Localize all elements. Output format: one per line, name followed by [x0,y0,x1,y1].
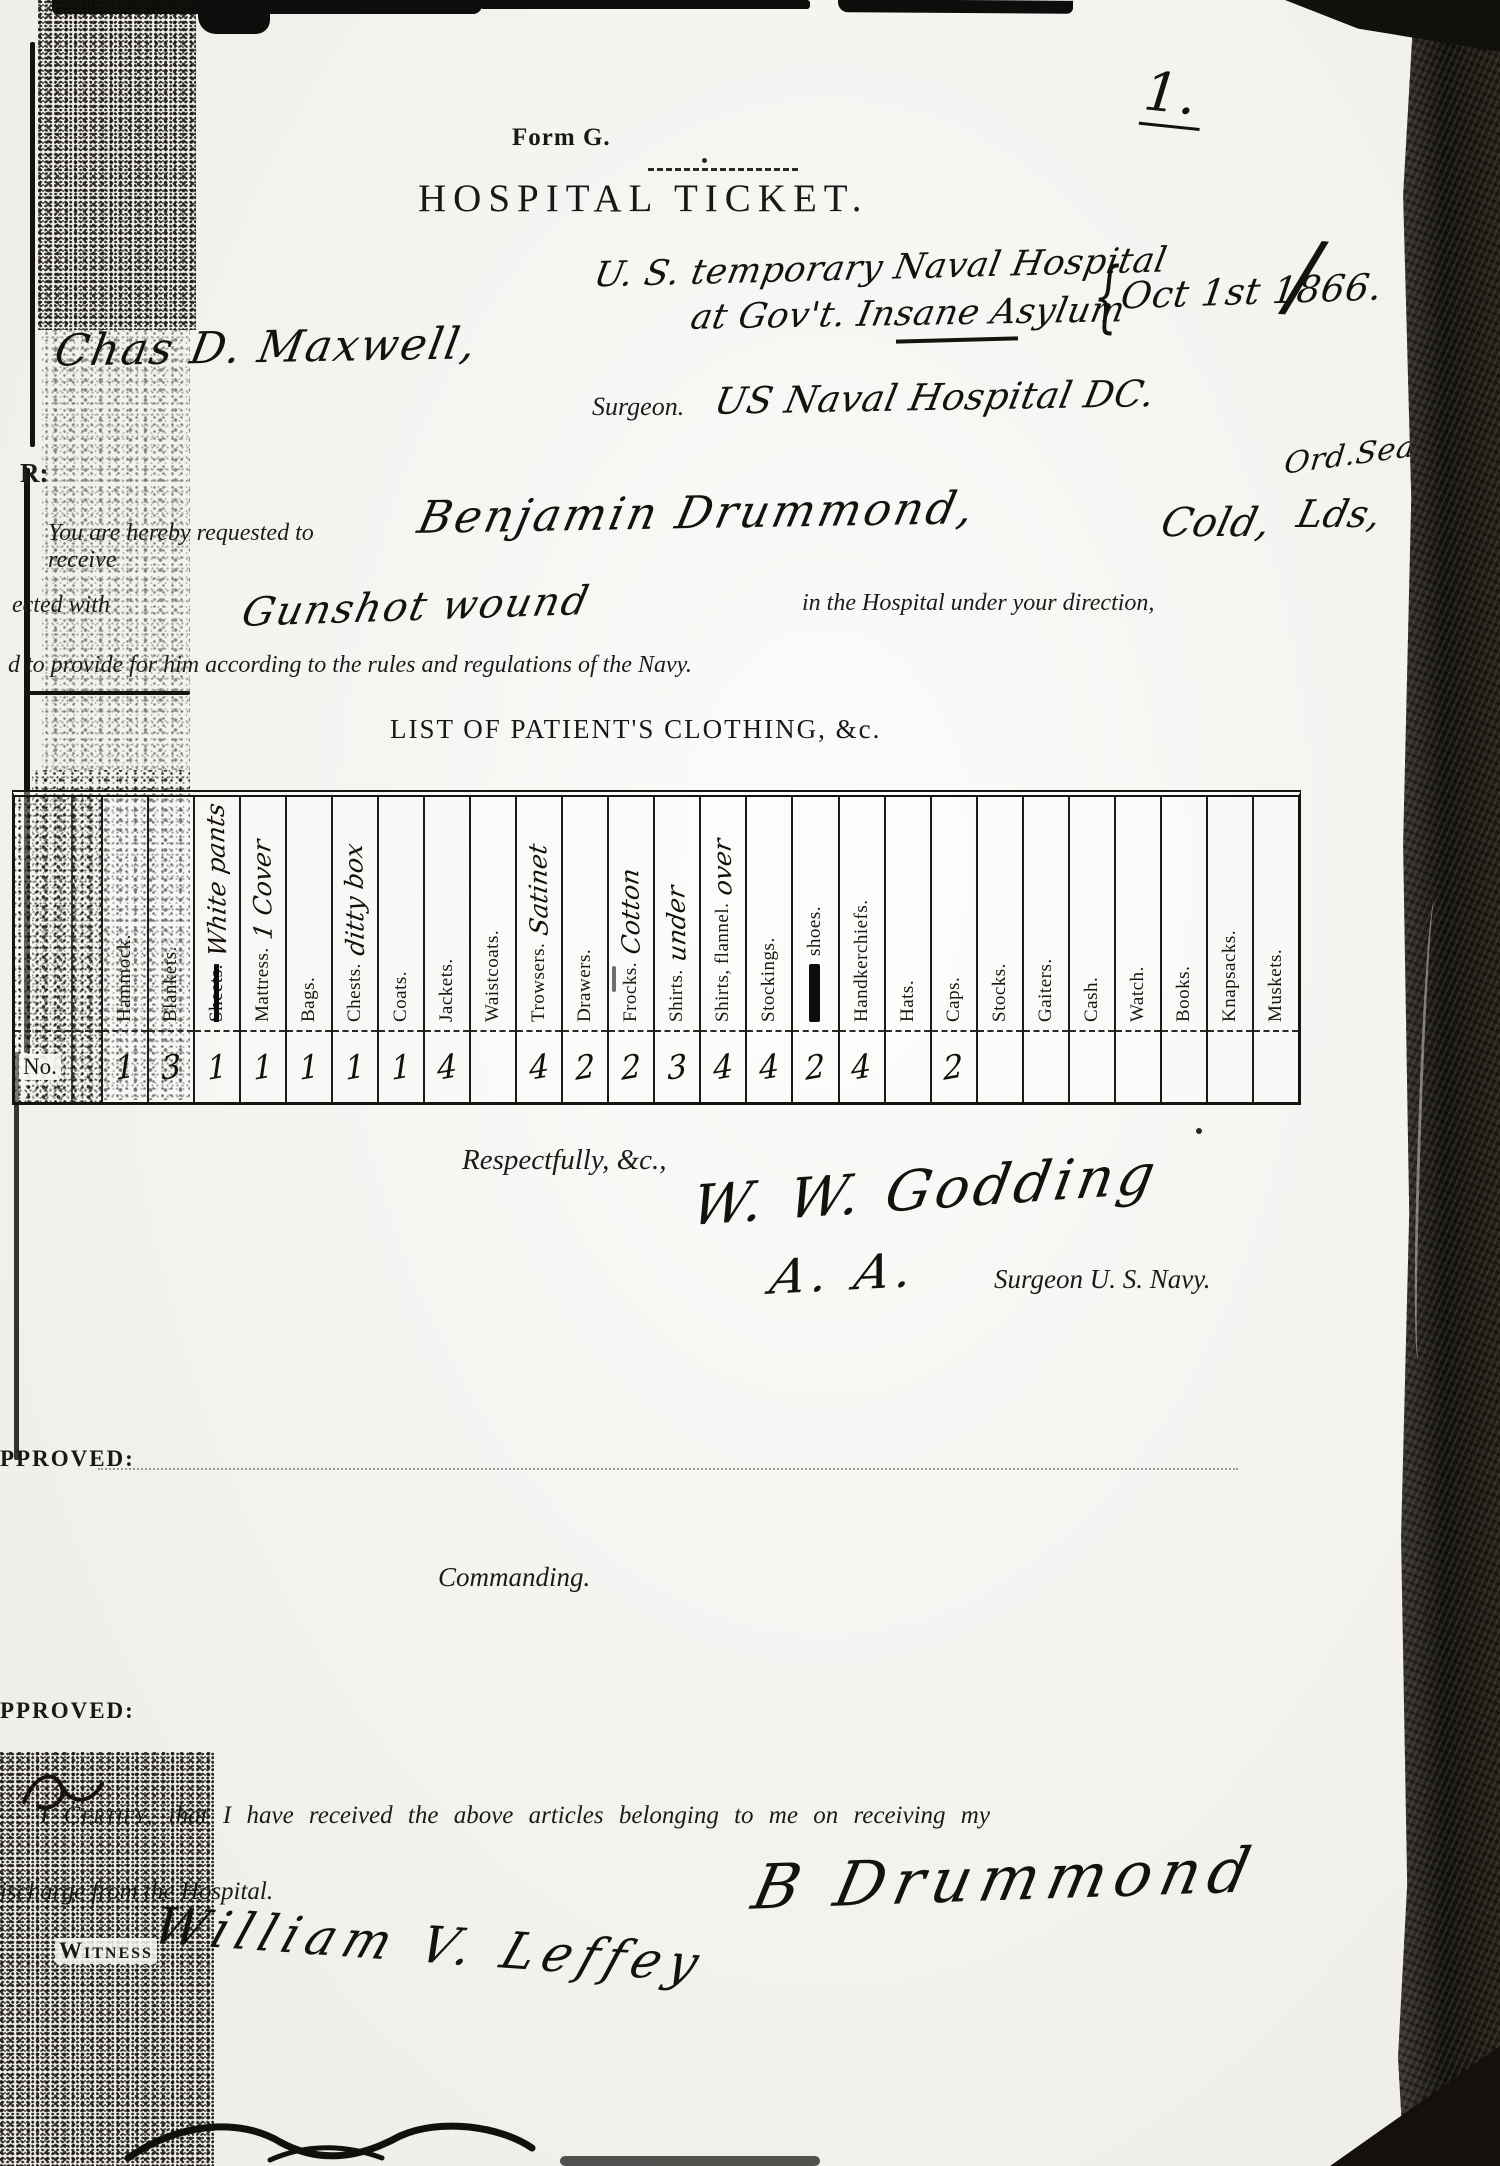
column-header-rotated: shoes. [802,692,827,1022]
column-value-cell: 1 [287,1030,331,1102]
diagnosis: Gunshot wound [238,578,595,636]
certify-word: Certify, [64,1802,154,1829]
column-label: Trowsers. [528,943,550,1022]
column-header-rotated: Chests.ditty box [342,692,367,1022]
approved-rule-line [98,1468,1238,1470]
column-label: Hammock. [114,934,136,1022]
column-label: Cash. [1080,977,1102,1022]
column-value: 3 [160,1046,181,1088]
clothing-column-17: Handkerchiefs.4 [840,797,886,1102]
column-header-rotated: Cash. [1079,692,1104,1022]
column-value-cell [978,1030,1022,1102]
clothing-column-20: Stocks. [978,797,1024,1102]
column-annotation: Cotton [616,866,646,956]
column-label: Frocks. [620,962,642,1022]
signature-prefix: A. A. [766,1242,924,1306]
institution-line2: at Gov't. Insane Asylum [687,290,1128,338]
column-value-cell: 2 [932,1030,976,1102]
column-value-cell: 3 [149,1030,193,1102]
column-annotation: ditty box [339,841,370,957]
column-value: 1 [391,1046,412,1088]
provide-line: d to provide for him according to the ru… [8,652,692,679]
addressee-name: Chas D. Maxwell, [51,318,482,376]
left-margin-noise-top [38,0,196,330]
patient-rate-lower: Lds, [1293,492,1386,536]
column-label: Knapsacks. [1218,930,1240,1022]
column-value-cell: 1 [333,1030,377,1102]
column-label: Books. [1172,966,1194,1022]
left-edge-line-3 [14,1052,19,1460]
column-value: 4 [529,1046,550,1088]
column-header-rotated: Drawers. [572,692,597,1022]
column-value: 1 [298,1046,319,1088]
column-value-cell: 1 [379,1030,423,1102]
column-label: Mattress. [252,947,274,1022]
column-label: Stocks. [988,963,1010,1022]
affected-fragment: ected with [12,592,110,619]
clothing-column-23: Watch. [1116,797,1162,1102]
column-label: Shirts. [666,969,688,1022]
column-label: Caps. [942,977,964,1022]
clothing-column-18: Hats. [886,797,932,1102]
column-annotation: White pants [201,801,233,959]
clothing-column-11: Drawers.2 [563,797,609,1102]
column-value-cell [471,1030,515,1102]
column-value-cell [1070,1030,1114,1102]
certify-lead: I [40,1802,48,1829]
top-edge-blob [198,0,270,34]
column-header-rotated: Blankets. [158,692,183,1022]
patient-signature: B Drummond [746,1833,1265,1923]
clothing-column-14: Shirts, flannel.over4 [701,797,747,1102]
column-value-cell: 4 [425,1030,469,1102]
column-annotation: under [662,884,692,964]
column-value: 1 [206,1046,227,1088]
column-label: Bags. [298,977,320,1022]
clothing-table: No. Hammock.1Blankets.3Sheets.White pant… [12,790,1301,1105]
column-value: 1 [114,1046,135,1088]
column-label: Handkerchiefs. [850,899,872,1022]
column-header-rotated: Waistcoats. [480,692,505,1022]
page-title: HOSPITAL TICKET. [418,176,868,221]
column-label: Gaiters. [1034,958,1056,1022]
hospital-ticket-scan: 1. Form G. HOSPITAL TICKET. U. S. tempor… [0,0,1500,2166]
date-flourish: / [1284,221,1323,330]
clothing-column-2: Blankets.3 [149,797,195,1102]
column-label: Drawers. [574,949,596,1022]
asylum-underline [896,336,1018,343]
column-value: 1 [344,1046,365,1088]
column-value-cell: 1 [103,1030,147,1102]
clothing-column-25: Knapsacks. [1208,797,1254,1102]
clothing-column-13: Shirts.under3 [655,797,701,1102]
column-label: Blankets. [160,946,182,1022]
date: Oct 1st 1866. [1118,265,1385,317]
patient-name: Benjamin Drummond, [413,481,981,544]
column-value: 4 [437,1046,458,1088]
table-row-label-cell: No. [15,1030,101,1102]
clothing-column-6: Chests.ditty box1 [333,797,379,1102]
column-header-rotated: Caps. [941,692,966,1022]
book-binding-edge [1398,0,1500,2166]
column-value: 1 [252,1046,273,1088]
surgeon-title: Surgeon U. S. Navy. [994,1264,1210,1295]
column-value-cell [1116,1030,1160,1102]
clothing-column-3: Sheets.White pants1 [195,797,241,1102]
clothing-column-8: Jackets.4 [425,797,471,1102]
commanding-line: Commanding. [438,1562,590,1593]
clothing-column-1: Hammock.1 [103,797,149,1102]
clothing-column-12: Frocks.Cotton2 [609,797,655,1102]
surgeon-label: Surgeon. [592,392,684,422]
page-number: 1. [1139,59,1206,131]
column-header-rotated: Hammock. [112,692,137,1022]
column-header-rotated: Coats. [388,692,413,1022]
column-value-cell: 4 [701,1030,745,1102]
column-value: 3 [667,1046,688,1088]
clothing-column-9: Waistcoats. [471,797,517,1102]
witness-signature: William V. Leffey [146,1897,714,1994]
column-header-rotated: Knapsacks. [1217,692,1242,1022]
column-header-rotated: Frocks.Cotton [618,692,643,1022]
clothing-column-10: Trowsers.Satinet4 [517,797,563,1102]
witness-label: Witness [55,1938,157,1964]
bottom-edge-mark [560,2156,820,2166]
clothing-column-16: shoes.2 [793,797,839,1102]
column-value-cell: 3 [655,1030,699,1102]
column-value-cell: 1 [241,1030,285,1102]
column-header-rotated: Stocks. [987,692,1012,1022]
column-value-cell [886,1030,930,1102]
direction-line: in the Hospital under your direction, [802,590,1154,617]
column-value-cell: 4 [747,1030,791,1102]
column-header-rotated: Handkerchiefs. [849,692,874,1022]
column-value: 2 [805,1046,826,1088]
binding-corner-top [1285,0,1500,52]
column-header-rotated: Sheets.White pants [204,692,229,1022]
clothing-column-21: Gaiters. [1024,797,1070,1102]
column-header-rotated: Shirts, flannel.over [710,692,735,1022]
column-header-rotated: Watch. [1125,692,1150,1022]
column-value: 4 [713,1046,734,1088]
column-label: Watch. [1126,966,1148,1022]
clothing-column-19: Caps.2 [932,797,978,1102]
respectfully-line: Respectfully, &c., [462,1144,667,1177]
column-value-cell: 2 [609,1030,653,1102]
column-label: Sheets. [206,964,228,1022]
column-value-cell [1024,1030,1068,1102]
column-label: Waistcoats. [482,930,504,1022]
column-label: Chests. [344,963,366,1022]
column-value-cell: 4 [840,1030,884,1102]
column-value-cell: 1 [195,1030,239,1102]
column-value-cell [1208,1030,1252,1102]
clothing-column-22: Cash. [1070,797,1116,1102]
column-value-cell: 4 [517,1030,561,1102]
stray-speck-3 [1196,1128,1202,1134]
surgeon-station: US Naval Hospital DC. [711,372,1159,423]
column-header-rotated: Gaiters. [1033,692,1058,1022]
column-annotation: Satinet [524,841,555,937]
column-header-rotated: Bags. [296,692,321,1022]
column-value: 2 [943,1046,964,1088]
clothing-column-4: Mattress.1 Cover1 [241,797,287,1102]
column-label: Hats. [896,980,918,1022]
clothing-column-15: Stockings.4 [747,797,793,1102]
column-value-cell [1254,1030,1298,1102]
column-value: 4 [759,1046,780,1088]
clothing-column-24: Books. [1162,797,1208,1102]
column-label: Muskets. [1264,949,1286,1022]
column-header-rotated: Trowsers.Satinet [526,692,551,1022]
redacted-word-bar [809,964,820,1022]
stray-speck-1 [702,158,707,163]
form-label: Form G. [512,124,611,152]
row-label: No. [19,1054,61,1080]
certify-rest: that I have received the above articles … [169,1802,990,1829]
column-header-rotated: Hats. [895,692,920,1022]
top-edge-tear-3 [838,0,1073,14]
title-dash-artifact [648,168,798,171]
institution-line1: U. S. temporary Naval Hospital [591,241,1170,296]
left-edge-line-1 [30,42,35,447]
bottom-edge-writing-fragment [120,2112,540,2166]
approved-stamp-2: PPROVED: [0,1698,135,1724]
clothing-column-7: Coats.1 [379,797,425,1102]
top-edge-tear-2 [480,0,810,9]
column-value-cell [1162,1030,1206,1102]
column-value-cell: 2 [793,1030,837,1102]
date-brace: { [1093,252,1121,342]
column-label: Shirts, flannel. [712,903,734,1022]
column-header-rotated: Muskets. [1263,692,1288,1022]
column-label: Jackets. [436,958,458,1022]
clothing-column-5: Bags.1 [287,797,333,1102]
request-line: You are hereby requested to receive [48,520,378,574]
column-value-cell: 2 [563,1030,607,1102]
column-label: Coats. [390,971,412,1022]
patient-rate-upper: Ord.Sea [1283,429,1417,481]
column-header-rotated: Shirts.under [664,692,689,1022]
column-header-rotated: Mattress.1 Cover [250,692,275,1022]
column-label: shoes. [804,906,826,956]
surgeon-signature: W. W. Godding [687,1142,1164,1239]
column-header-rotated: Stockings. [756,692,781,1022]
column-header-rotated: Books. [1171,692,1196,1022]
column-value: 2 [575,1046,596,1088]
column-value: 4 [851,1046,872,1088]
column-header-rotated: Jackets. [434,692,459,1022]
column-value: 2 [621,1046,642,1088]
clothing-column-26: Muskets. [1254,797,1298,1102]
table-left-column: No. [15,797,103,1102]
column-annotation: 1 Cover [247,838,278,942]
patient-race: Cold, [1157,500,1276,546]
column-label: Stockings. [758,937,780,1022]
column-annotation: over [708,836,738,897]
certify-line: I Certify, that I have received the abov… [40,1802,1290,1830]
salutation-fragment: R: [20,458,49,489]
